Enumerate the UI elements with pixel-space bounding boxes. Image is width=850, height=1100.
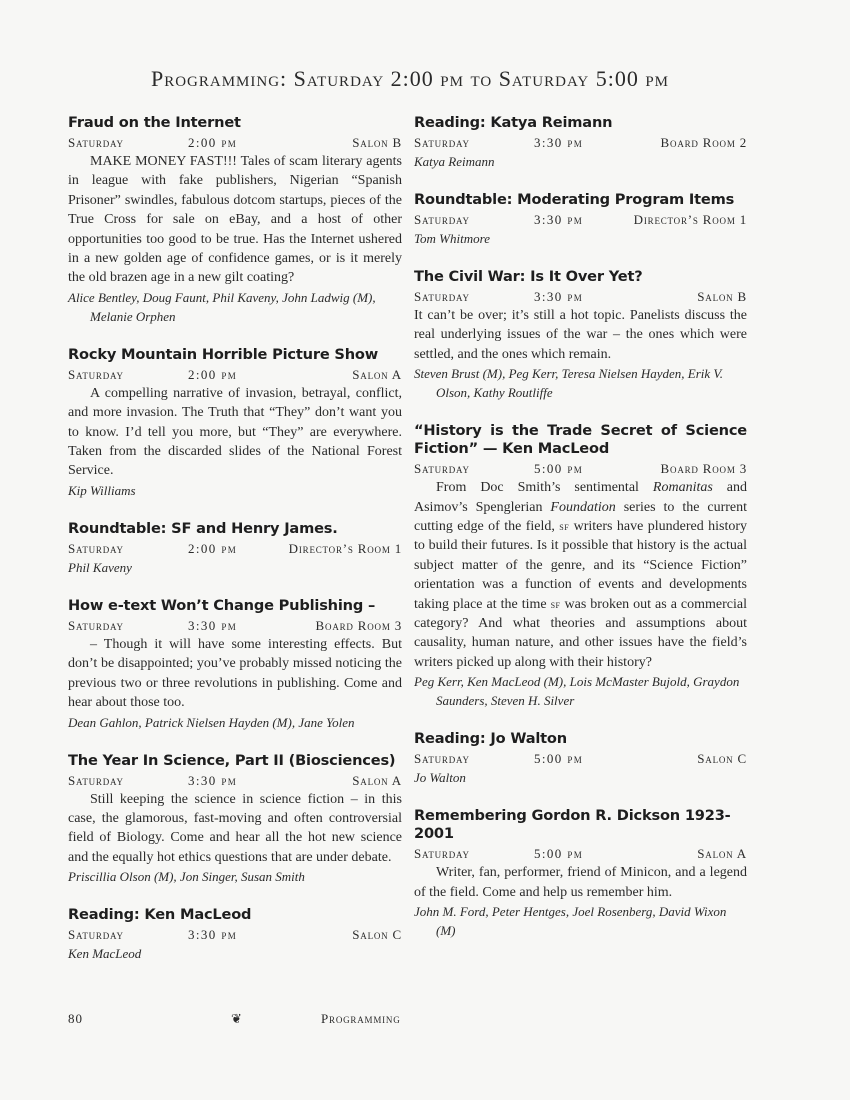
event-room: Salon A: [697, 845, 747, 863]
event-fraud-on-internet: Fraud on the Internet Saturday 2:00 pm S…: [68, 114, 402, 326]
event-room: Salon B: [352, 134, 402, 152]
event-day: Saturday: [414, 750, 534, 768]
event-title: The Year In Science, Part II (Bioscience…: [68, 752, 402, 770]
event-title: The Civil War: Is It Over Yet?: [414, 268, 747, 286]
event-title: “History is the Trade Secret of Science …: [414, 422, 747, 458]
event-title: How e-text Won’t Change Publishing –: [68, 597, 402, 615]
event-year-in-science: The Year In Science, Part II (Bioscience…: [68, 752, 402, 887]
event-meta: Saturday 5:00 pm Salon C: [414, 750, 747, 768]
event-rocky-mountain: Rocky Mountain Horrible Picture Show Sat…: [68, 346, 402, 500]
event-participants: Kip Williams: [68, 481, 402, 500]
event-participants: Alice Bentley, Doug Faunt, Phil Kaveny, …: [68, 288, 402, 326]
event-time: 3:30 pm: [188, 926, 352, 944]
event-reading-jo-walton: Reading: Jo Walton Saturday 5:00 pm Salo…: [414, 730, 747, 787]
event-room: Board Room 2: [661, 134, 747, 152]
description-text: From Doc Smith’s sentimental: [436, 480, 653, 495]
event-meta: Saturday 5:00 pm Board Room 3: [414, 460, 747, 478]
event-room: Salon A: [352, 366, 402, 384]
event-title: Reading: Katya Reimann: [414, 114, 747, 132]
page-footer: 80 ❦ Programming: [68, 1011, 428, 1031]
event-day: Saturday: [68, 772, 188, 790]
event-time: 3:30 pm: [534, 211, 634, 229]
event-participants: Dean Gahlon, Patrick Nielsen Hayden (M),…: [68, 713, 402, 732]
event-description: MAKE MONEY FAST!!! Tales of scam literar…: [68, 152, 402, 288]
description-italic: Romanitas: [653, 480, 713, 495]
event-time: 3:30 pm: [534, 288, 697, 306]
event-title: Reading: Jo Walton: [414, 730, 747, 748]
event-henry-james: Roundtable: SF and Henry James. Saturday…: [68, 520, 402, 577]
event-meta: Saturday 3:30 pm Salon A: [68, 772, 402, 790]
event-room: Director’s Room 1: [634, 211, 747, 229]
event-participants: Phil Kaveny: [68, 558, 402, 577]
event-description: Writer, fan, performer, friend of Minico…: [414, 863, 747, 902]
event-time: 3:30 pm: [534, 134, 661, 152]
event-time: 5:00 pm: [534, 460, 661, 478]
event-meta: Saturday 2:00 pm Director’s Room 1: [68, 540, 402, 558]
page-number: 80: [68, 1011, 83, 1027]
event-participants: Ken MacLeod: [68, 944, 402, 963]
description-smallcaps: sf: [559, 519, 569, 533]
event-time: 5:00 pm: [534, 750, 697, 768]
event-meta: Saturday 3:30 pm Salon C: [68, 926, 402, 944]
event-day: Saturday: [414, 134, 534, 152]
event-room: Salon A: [352, 772, 402, 790]
event-day: Saturday: [414, 460, 534, 478]
event-day: Saturday: [414, 845, 534, 863]
event-participants: Peg Kerr, Ken MacLeod (M), Lois McMaster…: [414, 672, 747, 710]
event-room: Salon C: [352, 926, 402, 944]
event-day: Saturday: [68, 617, 188, 635]
event-time: 2:00 pm: [188, 540, 289, 558]
lizard-ornament-icon: ❦: [231, 1011, 242, 1027]
event-participants: Katya Reimann: [414, 152, 747, 171]
event-title: Rocky Mountain Horrible Picture Show: [68, 346, 402, 364]
event-description: Still keeping the science in science fic…: [68, 790, 402, 868]
event-description: A compelling narrative of invasion, betr…: [68, 384, 402, 481]
event-participants: Jo Walton: [414, 768, 747, 787]
event-day: Saturday: [68, 926, 188, 944]
event-title: Roundtable: Moderating Program Items: [414, 191, 747, 209]
event-room: Board Room 3: [661, 460, 747, 478]
event-civil-war: The Civil War: Is It Over Yet? Saturday …: [414, 268, 747, 402]
event-participants: Steven Brust (M), Peg Kerr, Teresa Niels…: [414, 364, 747, 402]
event-reading-katya-reimann: Reading: Katya Reimann Saturday 3:30 pm …: [414, 114, 747, 171]
event-meta: Saturday 2:00 pm Salon A: [68, 366, 402, 384]
event-participants: Priscillia Olson (M), Jon Singer, Susan …: [68, 867, 402, 886]
event-remembering-gordon-dickson: Remembering Gordon R. Dickson 1923-2001 …: [414, 807, 747, 940]
footer-section-name: Programming: [321, 1011, 401, 1027]
event-room: Salon C: [697, 750, 747, 768]
event-time: 3:30 pm: [188, 617, 316, 635]
event-day: Saturday: [414, 288, 534, 306]
right-column: Reading: Katya Reimann Saturday 3:30 pm …: [414, 114, 747, 960]
event-title: Reading: Ken MacLeod: [68, 906, 402, 924]
event-description: It can’t be over; it’s still a hot topic…: [414, 306, 747, 364]
event-meta: Saturday 3:30 pm Salon B: [414, 288, 747, 306]
event-participants: John M. Ford, Peter Hentges, Joel Rosenb…: [414, 902, 747, 940]
description-smallcaps: sf: [551, 597, 561, 611]
event-room: Salon B: [697, 288, 747, 306]
description-italic: Foundation: [550, 500, 615, 515]
event-time: 5:00 pm: [534, 845, 697, 863]
event-etext-publishing: How e-text Won’t Change Publishing – Sat…: [68, 597, 402, 732]
event-time: 2:00 pm: [188, 134, 352, 152]
event-title: Fraud on the Internet: [68, 114, 402, 132]
event-meta: Saturday 3:30 pm Board Room 2: [414, 134, 747, 152]
event-room: Board Room 3: [316, 617, 402, 635]
event-day: Saturday: [68, 134, 188, 152]
event-history-trade-secret: “History is the Trade Secret of Science …: [414, 422, 747, 710]
event-title: Remembering Gordon R. Dickson 1923-2001: [414, 807, 747, 843]
event-day: Saturday: [414, 211, 534, 229]
event-time: 2:00 pm: [188, 366, 352, 384]
event-day: Saturday: [68, 540, 188, 558]
event-title: Roundtable: SF and Henry James.: [68, 520, 402, 538]
page-title: Programming: Saturday 2:00 pm to Saturda…: [0, 66, 820, 92]
event-description: – Though it will have some interesting e…: [68, 635, 402, 713]
event-moderating-program: Roundtable: Moderating Program Items Sat…: [414, 191, 747, 248]
event-room: Director’s Room 1: [289, 540, 402, 558]
event-meta: Saturday 3:30 pm Board Room 3: [68, 617, 402, 635]
event-participants: Tom Whitmore: [414, 229, 747, 248]
left-column: Fraud on the Internet Saturday 2:00 pm S…: [68, 114, 402, 983]
event-description: From Doc Smith’s sentimental Romanitas a…: [414, 478, 747, 672]
event-meta: Saturday 5:00 pm Salon A: [414, 845, 747, 863]
event-time: 3:30 pm: [188, 772, 352, 790]
event-meta: Saturday 3:30 pm Director’s Room 1: [414, 211, 747, 229]
event-reading-ken-macleod: Reading: Ken MacLeod Saturday 3:30 pm Sa…: [68, 906, 402, 963]
event-day: Saturday: [68, 366, 188, 384]
event-meta: Saturday 2:00 pm Salon B: [68, 134, 402, 152]
